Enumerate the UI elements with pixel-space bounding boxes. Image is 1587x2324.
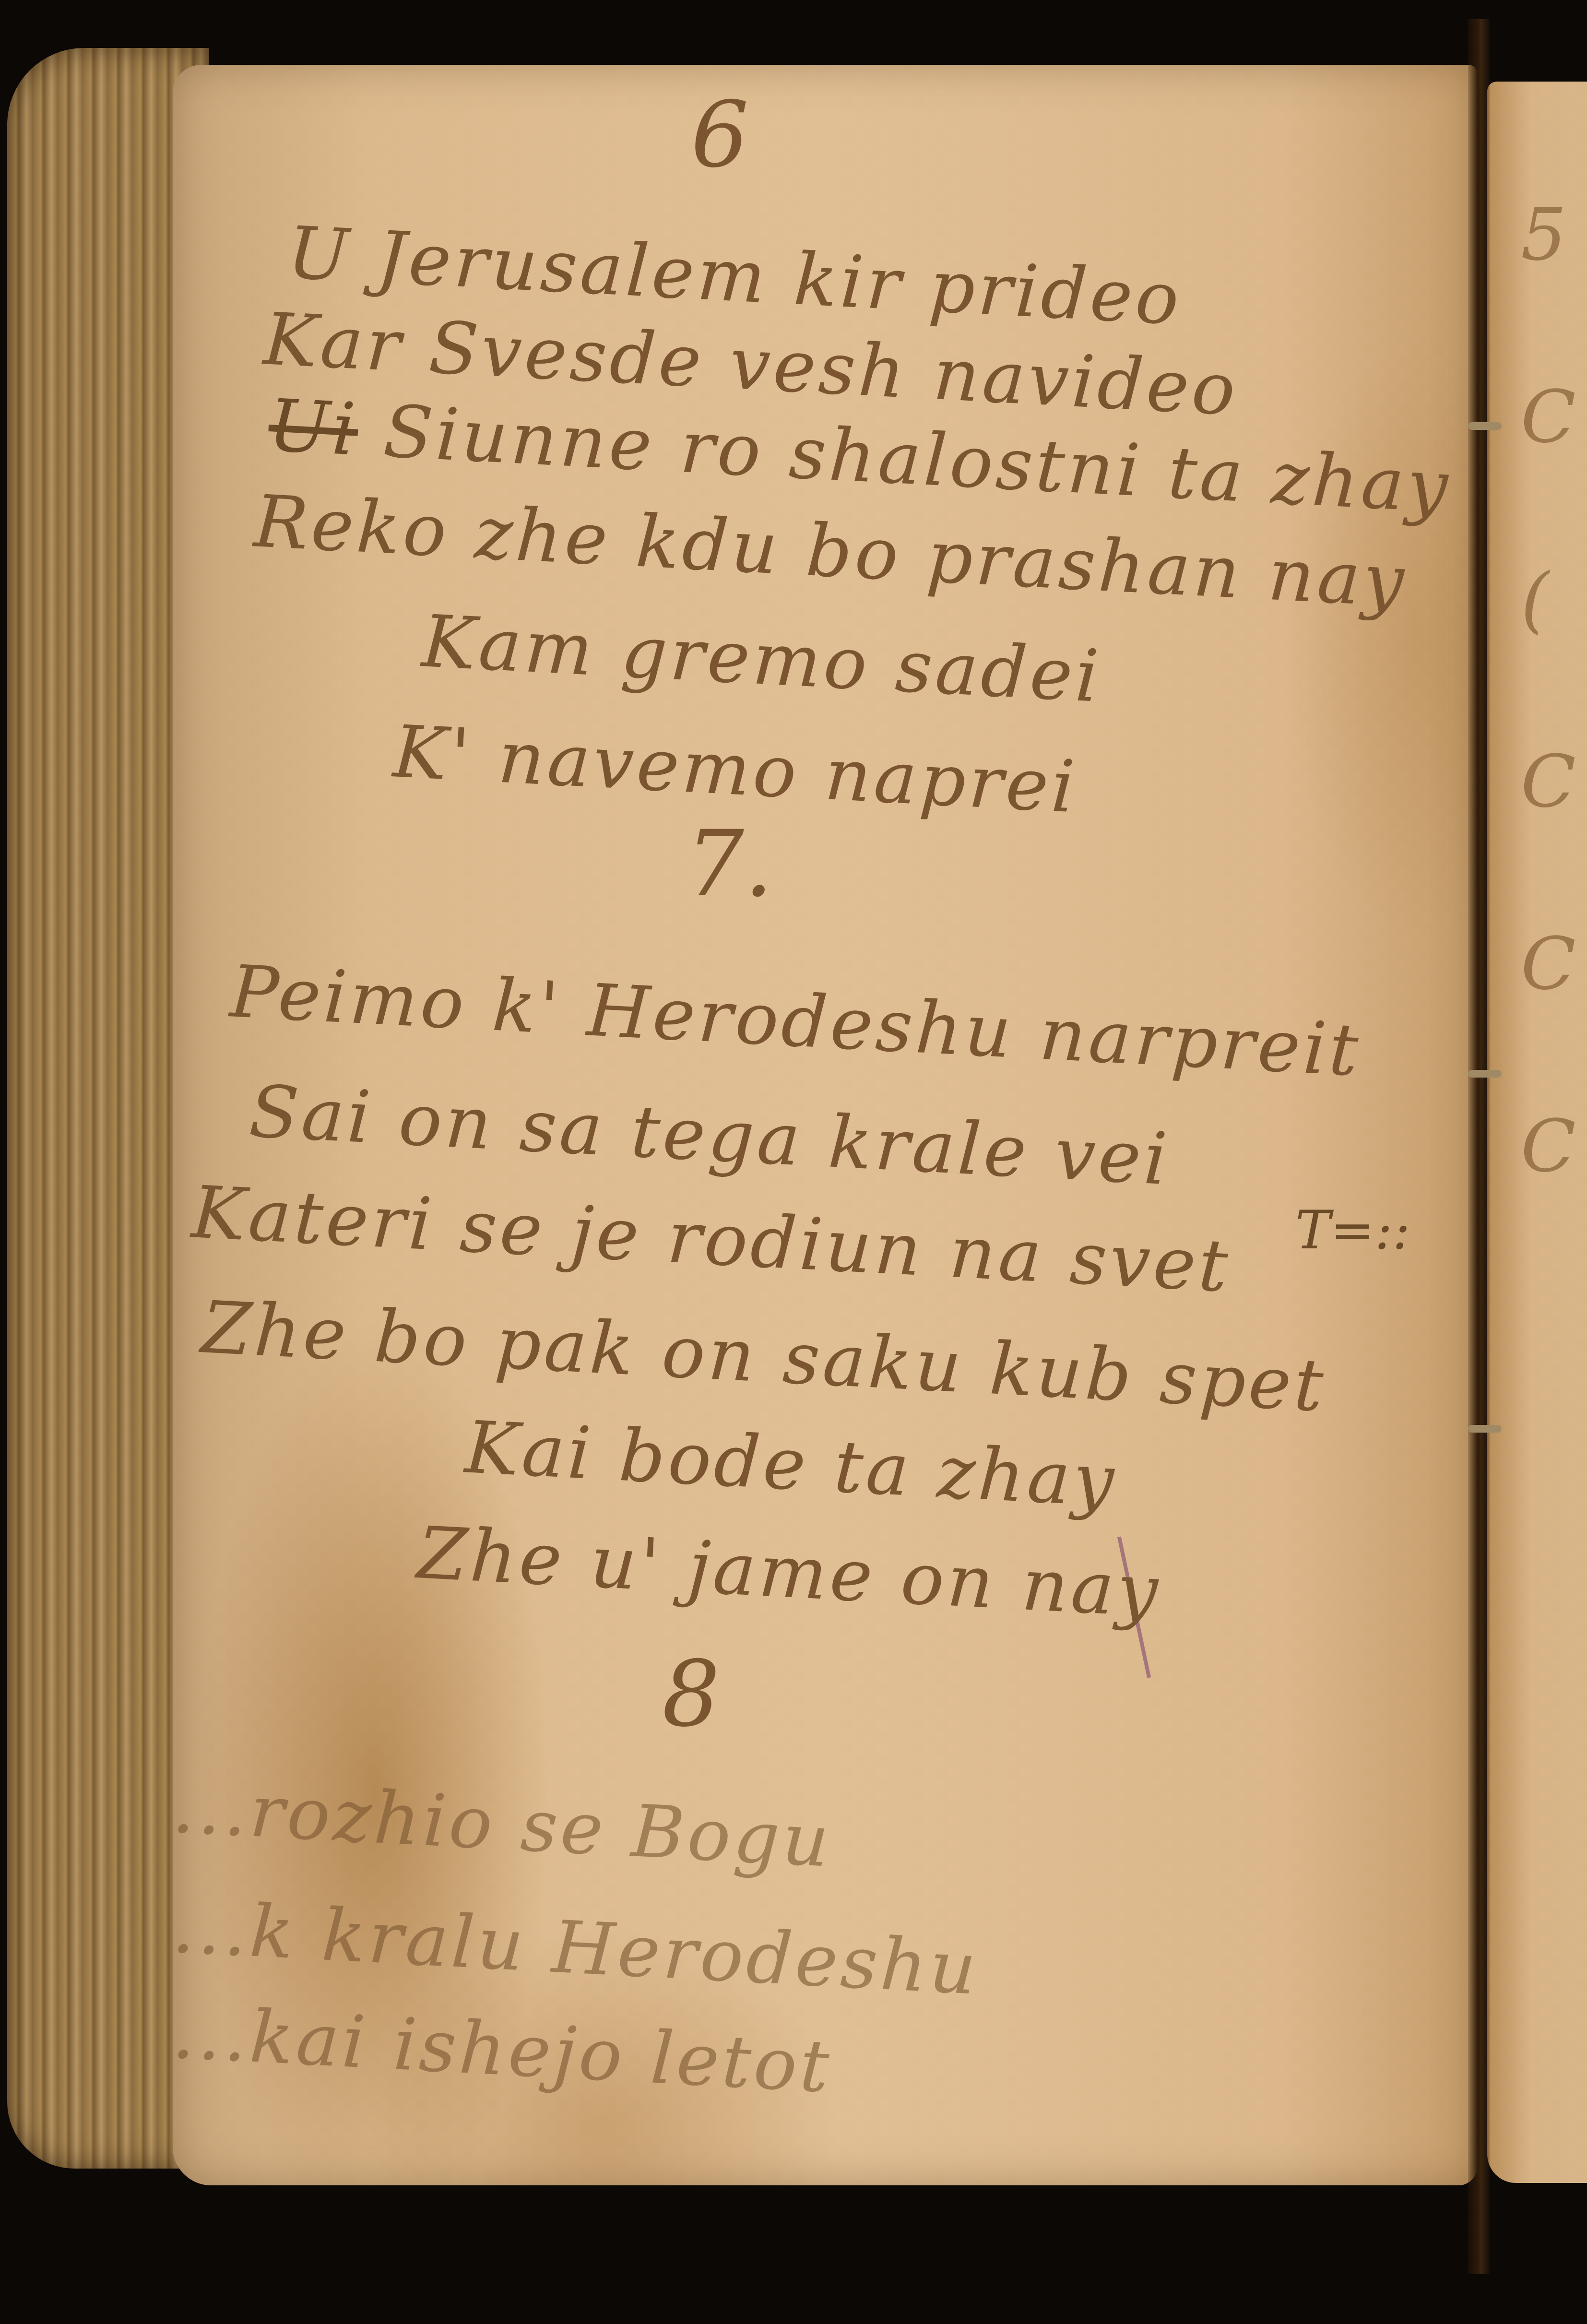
stanza-number: 8: [662, 1641, 720, 1747]
stanza-number: 6: [691, 82, 749, 188]
verse-line: ...kai ishejo letot: [170, 1991, 834, 2109]
manuscript-text: 6 U Jerusalem kir prideo Kar Svesde vesh…: [0, 0, 1587, 2324]
verse-line: Kai bode ta zhay: [463, 1406, 1118, 1523]
verse-line: ...k kralu Herodeshu: [170, 1885, 981, 2011]
verse-line: ...rozhio se Bogu: [170, 1766, 833, 1884]
verse-line: Kam gremo sadei: [420, 600, 1103, 719]
verse-line: Peimo k' Herodeshu narpreit: [228, 950, 1363, 1092]
verse-line: Zhe bo pak on saku kub spet: [199, 1286, 1328, 1428]
margin-mark: T=::: [1295, 1199, 1410, 1261]
verse-line: Zhe u' jame on nay: [415, 1511, 1162, 1634]
stanza-number: 7.: [686, 811, 773, 917]
struck-word: Ui: [266, 384, 360, 472]
